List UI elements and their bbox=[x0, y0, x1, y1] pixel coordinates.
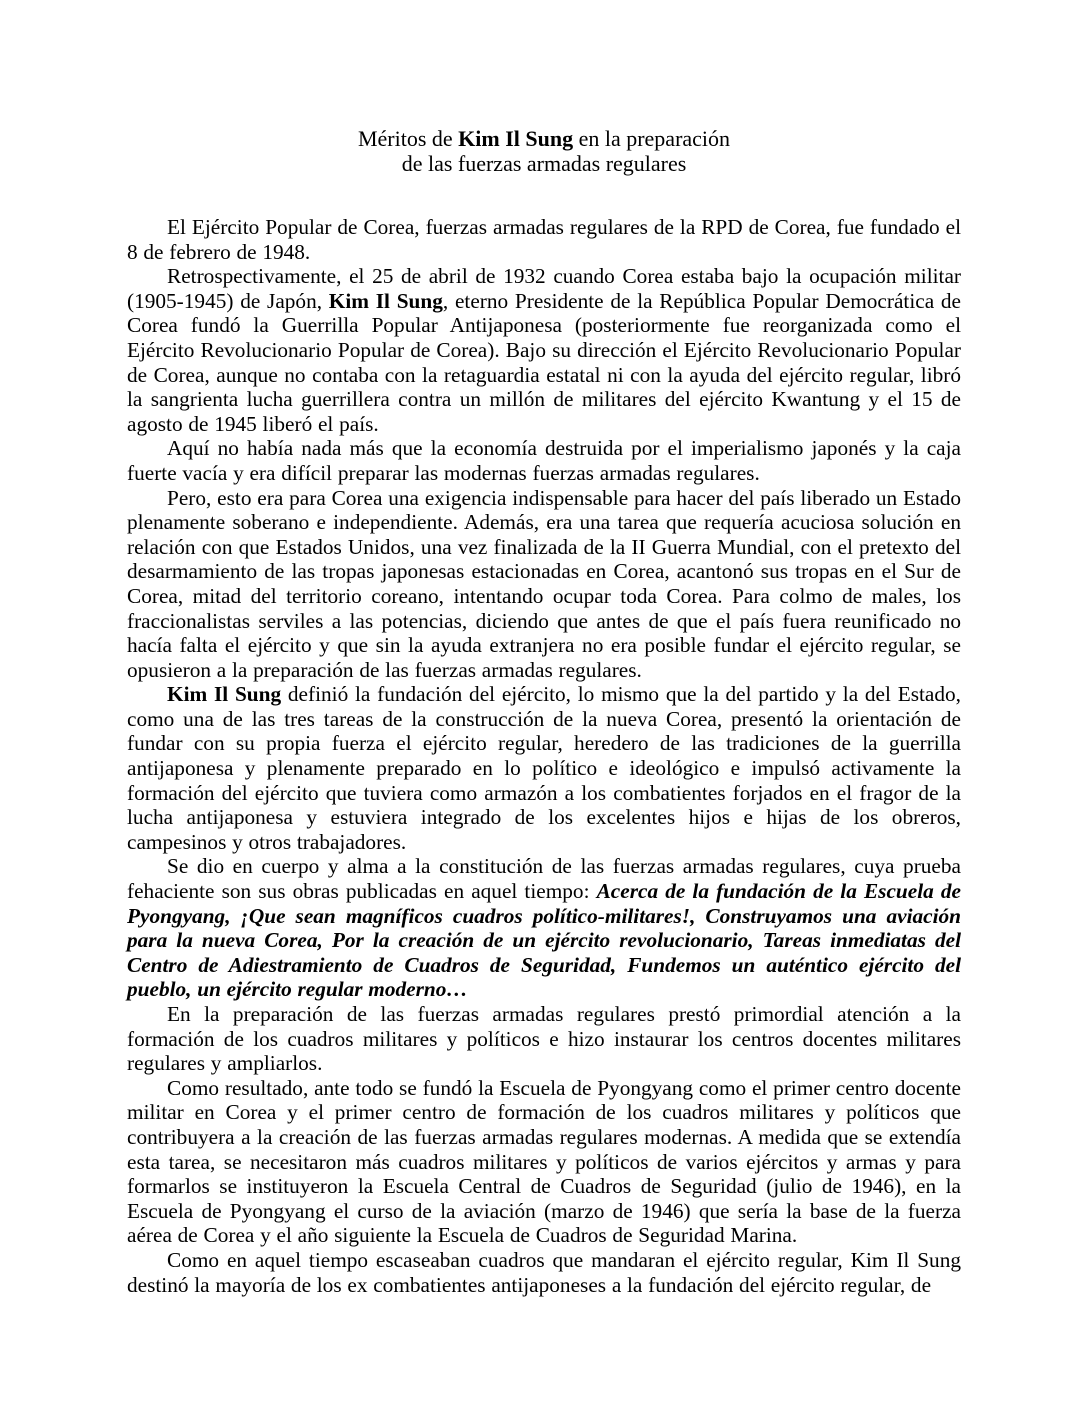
paragraph: En la preparación de las fuerzas armadas… bbox=[127, 1002, 961, 1076]
text-run: Méritos de bbox=[358, 126, 458, 151]
paragraph: Como resultado, ante todo se fundó la Es… bbox=[127, 1076, 961, 1248]
document-page: Méritos de Kim Il Sung en la preparación… bbox=[0, 0, 1088, 1408]
paragraph: El Ejército Popular de Corea, fuerzas ar… bbox=[127, 215, 961, 264]
text-run: de las fuerzas armadas regulares bbox=[402, 151, 687, 176]
text-run: en la preparación bbox=[573, 126, 730, 151]
bold-name-run: Kim Il Sung bbox=[167, 682, 281, 706]
bold-name-run: Kim Il Sung bbox=[458, 126, 573, 151]
paragraph: Pero, esto era para Corea una exigencia … bbox=[127, 486, 961, 683]
text-run: Pero, esto era para Corea una exigencia … bbox=[127, 486, 961, 682]
text-run: definió la fundación del ejército, lo mi… bbox=[127, 682, 961, 854]
paragraph: Como en aquel tiempo escaseaban cuadros … bbox=[127, 1248, 961, 1297]
text-run: En la preparación de las fuerzas armadas… bbox=[127, 1002, 961, 1075]
text-run: Como resultado, ante todo se fundó la Es… bbox=[127, 1076, 961, 1248]
paragraph: Aquí no había nada más que la economía d… bbox=[127, 436, 961, 485]
document-body: El Ejército Popular de Corea, fuerzas ar… bbox=[127, 215, 961, 1297]
title-line: de las fuerzas armadas regulares bbox=[127, 151, 961, 176]
text-run: Aquí no había nada más que la economía d… bbox=[127, 436, 961, 485]
paragraph: Kim Il Sung definió la fundación del ejé… bbox=[127, 682, 961, 854]
paragraph: Retrospectivamente, el 25 de abril de 19… bbox=[127, 264, 961, 436]
document-title: Méritos de Kim Il Sung en la preparación… bbox=[127, 126, 961, 176]
text-run: Como en aquel tiempo escaseaban cuadros … bbox=[127, 1248, 961, 1297]
text-run: El Ejército Popular de Corea, fuerzas ar… bbox=[127, 215, 961, 264]
document-content: Méritos de Kim Il Sung en la preparación… bbox=[127, 126, 961, 1297]
title-line: Méritos de Kim Il Sung en la preparación bbox=[127, 126, 961, 151]
paragraph: Se dio en cuerpo y alma a la constitució… bbox=[127, 854, 961, 1002]
bold-name-run: Kim Il Sung bbox=[329, 289, 443, 313]
